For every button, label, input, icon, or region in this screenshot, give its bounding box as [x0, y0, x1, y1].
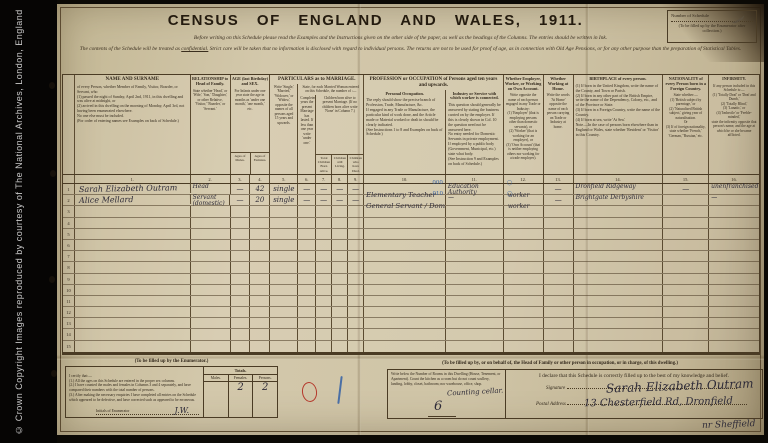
cell-relationship: Head: [191, 184, 231, 194]
cell-children-died: [348, 218, 364, 228]
cell-children-total: [316, 251, 332, 261]
row-number-column-header: [63, 75, 75, 174]
table-row: 14: [63, 329, 759, 340]
cell-children-living: [332, 341, 348, 352]
totals-females-value: 2: [229, 382, 254, 417]
cell-relationship: [191, 218, 231, 228]
table-body: 1 Sarah Elizabeth Outram Head — 42 singl…: [63, 184, 759, 354]
cell-employment: [504, 274, 544, 284]
cell-employment: [504, 218, 544, 228]
cell-relationship: [191, 206, 231, 216]
age-title: AGE (last Birthday) and SEX.: [231, 75, 270, 88]
children-subcolumns: Total Children Born Alive. Children stil…: [316, 154, 363, 174]
signature-line: Signature Sarah Elizabeth Outram: [546, 386, 752, 391]
cell-birthplace: Dronfield Ridgeway: [574, 184, 664, 194]
age-column-header: AGE (last Birthday) and SEX. For Infants…: [231, 75, 271, 174]
column-number: 1.: [75, 175, 191, 183]
red-circle-annotation: [301, 381, 319, 403]
cell-children-living: [332, 218, 348, 228]
cell-industry: [446, 274, 504, 284]
table-row: 10: [63, 285, 759, 296]
cell-infirmity: [709, 251, 759, 261]
cell-children-died: [348, 240, 364, 250]
personal-occupation-header: Personal Occupation. The reply should sh…: [364, 90, 446, 175]
cell-marriage: [270, 296, 298, 306]
cell-industry: [446, 262, 504, 272]
cell-nationality: [663, 218, 709, 228]
cell-occupation: [364, 341, 446, 352]
enumerator-certify-text: I certify that:— (1.) All the ages on th…: [66, 367, 204, 417]
cell-employment: [504, 296, 544, 306]
cell-nationality: [663, 262, 709, 272]
cell-birthplace: [574, 240, 664, 250]
cell-children-living: [332, 307, 348, 317]
copyright-strip: © Crown Copyright Images reproduced by c…: [0, 0, 57, 443]
infirmity-title: INFIRMITY.: [709, 75, 759, 83]
cell-children-total: [316, 218, 332, 228]
cell-infirmity: [709, 240, 759, 250]
cell-children-total: —: [316, 195, 332, 205]
table-row: 15: [63, 341, 759, 352]
postal-address-rule: 13 Chesterfield Rd, Dronfield: [567, 404, 747, 405]
cell-birthplace: [574, 251, 664, 261]
instruction-suffix: Strict care will be taken that no inform…: [208, 46, 741, 52]
cell-name: [75, 341, 191, 352]
cell-industry: [446, 251, 504, 261]
cell-employment: [504, 307, 544, 317]
enumerator-box: I certify that:— (1.) All the ages on th…: [65, 366, 278, 418]
cell-name: Alice Mellard: [75, 194, 191, 206]
column-number: 4.: [250, 175, 270, 183]
at-home-title: Whether Working at Home.: [544, 75, 573, 92]
age-subcolumns: Ages of Males. Ages of Females.: [231, 152, 270, 174]
census-table: NAME AND SURNAME of every Person, whethe…: [62, 74, 760, 355]
cell-marriage-years: [298, 341, 316, 352]
cell-industry: [446, 285, 504, 295]
enumerator-box-title: (To be filled up by the Enumerator.): [65, 359, 278, 364]
table-row: 4: [63, 218, 759, 229]
column-number: 8.: [332, 175, 348, 183]
infirmity-desc: If any person included in this Schedule …: [709, 83, 759, 174]
cell-marriage-years: —: [298, 184, 316, 194]
table-row: 5: [63, 229, 759, 240]
totals-males-header: Males.: [204, 375, 229, 381]
punch-hole: [49, 82, 55, 89]
cell-name: [75, 318, 191, 328]
clerk-mark-annotation: ◯: [507, 191, 513, 197]
clerk-code-annotation: 010: [433, 191, 444, 197]
cell-children-total: [316, 296, 332, 306]
table-row: 9: [63, 274, 759, 285]
column-number: 3.: [231, 175, 251, 183]
cell-employment: [504, 329, 544, 339]
signature-handwriting: Sarah Elizabeth Outram: [606, 376, 754, 395]
punch-hole: [51, 370, 57, 377]
industry-desc: This question should generally be answer…: [446, 102, 503, 174]
cell-children-died: [348, 285, 364, 295]
cell-occupation: [364, 240, 446, 250]
initials-label: Initials of Enumerator: [96, 409, 130, 413]
relationship-column-header: RELATIONSHIP to Head of Family. State wh…: [191, 75, 231, 174]
cell-name: [75, 240, 191, 250]
row-number: 4: [63, 218, 75, 228]
name-desc: of every Person, whether Member of Famil…: [75, 84, 190, 174]
cell-marriage: [270, 262, 298, 272]
postal-address-handwriting-line2: nr Sheffield: [702, 419, 756, 431]
cell-age-female: 42: [250, 184, 270, 194]
row-number: 3: [63, 206, 75, 216]
cell-infirmity: [709, 274, 759, 284]
totals-females-header: Females.: [229, 375, 254, 381]
cell-relationship: [191, 229, 231, 239]
cell-at-home: [544, 218, 574, 228]
page-title: CENSUS OF ENGLAND AND WALES, 1911.: [57, 12, 694, 29]
cell-age-male: [231, 341, 251, 352]
cell-employment: [504, 341, 544, 352]
cell-age-female: [250, 341, 270, 352]
cell-industry: —: [446, 195, 504, 205]
cell-nationality: [663, 329, 709, 339]
instruction-confidential: confidential.: [181, 46, 208, 52]
table-row: 8: [63, 262, 759, 273]
cell-nationality: [663, 318, 709, 328]
column-number: 11.: [446, 175, 504, 183]
cell-occupation: [364, 307, 446, 317]
totals-title: Totals.: [204, 367, 277, 375]
declaration-area: I declare that this Schedule is correctl…: [506, 370, 762, 418]
signature-label: Signature: [546, 386, 565, 391]
cell-age-male: [231, 240, 251, 250]
cell-children-living: [332, 206, 348, 216]
row-number: 10: [63, 285, 75, 295]
cell-age-male: [231, 229, 251, 239]
cell-children-living: [332, 274, 348, 284]
personal-occupation-desc: The reply should show the precise branch…: [364, 97, 445, 174]
column-number: 13.: [544, 175, 574, 183]
cell-nationality: [663, 307, 709, 317]
cell-children-died: [348, 318, 364, 328]
cell-name: [75, 206, 191, 216]
cell-age-male: —: [231, 184, 251, 194]
occupation-text: Elementary Teacher: [364, 191, 436, 199]
cell-employment: [504, 251, 544, 261]
cell-age-male: [231, 274, 251, 284]
nationality-title: NATIONALITY of every Person born in a Fo…: [663, 75, 708, 92]
cell-marriage-years: [298, 274, 316, 284]
cell-industry: [446, 240, 504, 250]
cell-at-home: [544, 274, 574, 284]
industry-header: Industry or Service with which worker is…: [446, 90, 503, 175]
cell-children-living: —: [332, 184, 348, 194]
postal-address-label: Postal Address: [536, 402, 566, 407]
cell-children-living: [332, 240, 348, 250]
certify-text: I certify that:— (1.) All the ages on th…: [69, 374, 196, 402]
cell-marriage-years: [298, 206, 316, 216]
cell-children-total: [316, 262, 332, 272]
at-home-desc: Write the words 'At Home' opposite the n…: [544, 92, 573, 174]
birthplace-desc: (1) If born in the United Kingdom, write…: [574, 83, 663, 174]
married-women-desc: State, for each Married Woman entered on…: [298, 84, 363, 95]
cell-marriage-years: [298, 329, 316, 339]
table-row: 13: [63, 318, 759, 329]
occupation-text: General Servant / Dom: [364, 202, 445, 210]
cell-industry: [446, 229, 504, 239]
row-number: 1: [63, 184, 75, 194]
column-number: 16.: [709, 175, 759, 183]
row-number: 15: [63, 341, 75, 352]
ages-of-males-header: Ages of Males.: [231, 153, 251, 174]
cell-employment: ◯worker: [504, 195, 544, 205]
cell-relationship: [191, 341, 231, 352]
instruction-prefix: The contents of the Schedule will be tre…: [80, 46, 181, 52]
row-number: 14: [63, 329, 75, 339]
cell-age-male: [231, 262, 251, 272]
cell-children-living: [332, 251, 348, 261]
cell-children-died: [348, 229, 364, 239]
cell-occupation: [364, 285, 446, 295]
cell-industry: [446, 318, 504, 328]
cell-age-female: 20: [250, 195, 270, 205]
cell-birthplace: Brightgate Derbyshire: [574, 195, 664, 205]
at-home-column-header: Whether Working at Home. Write the words…: [544, 75, 574, 174]
cell-nationality: [663, 229, 709, 239]
cell-at-home: [544, 296, 574, 306]
cell-nationality: [663, 195, 709, 205]
cell-marriage: [270, 307, 298, 317]
punch-hole: [49, 276, 55, 283]
cell-age-female: [250, 229, 270, 239]
cell-at-home: [544, 307, 574, 317]
cell-children-total: [316, 285, 332, 295]
cell-nationality: [663, 341, 709, 352]
industry-title: Industry or Service with which worker is…: [446, 90, 503, 103]
cell-age-male: [231, 206, 251, 216]
name-column-header: NAME AND SURNAME of every Person, whethe…: [75, 75, 191, 174]
cell-nationality: [663, 240, 709, 250]
schedule-number-note: (To be filled up by the Enumerator after…: [671, 23, 753, 34]
cell-infirmity: [709, 341, 759, 352]
employment-column-header: Whether Employer, Worker, or Working on …: [504, 75, 544, 174]
column-number: 6.: [298, 175, 316, 183]
cell-infirmity: [709, 262, 759, 272]
cell-marriage-years: [298, 240, 316, 250]
column-number: 2.: [191, 175, 231, 183]
cell-birthplace: [574, 285, 664, 295]
cell-children-living: [332, 285, 348, 295]
cell-relationship: Servant (domestic): [191, 195, 231, 205]
cell-marriage-years: [298, 285, 316, 295]
column-number: 14.: [574, 175, 664, 183]
cell-marriage-years: —: [298, 195, 316, 205]
cell-children-total: [316, 329, 332, 339]
cell-employment: [504, 285, 544, 295]
column-number: 5.: [270, 175, 298, 183]
cell-relationship: [191, 262, 231, 272]
cell-children-living: [332, 296, 348, 306]
rooms-instructions: Write below the Number of Rooms in this …: [391, 372, 500, 386]
cell-infirmity: —: [709, 195, 759, 205]
cell-marriage: [270, 329, 298, 339]
cell-name: [75, 262, 191, 272]
postal-address-line: Postal Address 13 Chesterfield Rd, Dronf…: [536, 402, 752, 407]
cell-age-male: [231, 329, 251, 339]
cell-age-male: —: [230, 195, 250, 205]
cell-relationship: [191, 274, 231, 284]
cell-children-total: [316, 341, 332, 352]
blue-tick-annotation: [337, 376, 342, 404]
cell-age-male: [231, 285, 251, 295]
cell-children-died: [348, 251, 364, 261]
table-row: 6: [63, 240, 759, 251]
cell-industry: Education Authority: [446, 184, 504, 194]
punch-hole: [50, 170, 56, 177]
cell-at-home: [544, 262, 574, 272]
cell-birthplace: [574, 262, 664, 272]
cell-at-home: [544, 285, 574, 295]
cell-marriage-years: [298, 262, 316, 272]
column-number: [63, 175, 75, 183]
cell-nationality: [663, 285, 709, 295]
cell-relationship: [191, 296, 231, 306]
archive-photo-frame: © Crown Copyright Images reproduced by c…: [0, 0, 768, 443]
marriage-title: PARTICULARS as to MARRIAGE.: [270, 75, 363, 84]
cell-name: [75, 251, 191, 261]
cell-age-female: [250, 206, 270, 216]
cell-industry: [446, 329, 504, 339]
cell-name: [75, 296, 191, 306]
cell-occupation: [364, 329, 446, 339]
cell-marriage: [270, 218, 298, 228]
cell-marriage: [270, 285, 298, 295]
cell-relationship: [191, 285, 231, 295]
cell-relationship: [191, 329, 231, 339]
household-box: Write below the Number of Rooms in this …: [387, 369, 763, 419]
cell-occupation: [364, 251, 446, 261]
cell-age-male: [231, 296, 251, 306]
cell-nationality: [663, 296, 709, 306]
cell-infirmity: [709, 307, 759, 317]
cell-children-died: —: [348, 195, 364, 205]
cell-infirmity: [709, 218, 759, 228]
cell-name: [75, 329, 191, 339]
cell-relationship: [191, 251, 231, 261]
cell-birthplace: [574, 296, 664, 306]
cell-marriage: [270, 251, 298, 261]
cell-relationship: [191, 307, 231, 317]
cell-children-total: —: [316, 184, 332, 194]
cell-infirmity: [709, 318, 759, 328]
rooms-count-handwriting: 6: [428, 399, 456, 417]
instruction-line-1: Before writing on this Schedule please r…: [117, 35, 684, 41]
column-number: 15.: [663, 175, 709, 183]
cell-at-home: [544, 251, 574, 261]
cell-age-male: [231, 318, 251, 328]
cell-birthplace: [574, 206, 664, 216]
cell-infirmity: [709, 329, 759, 339]
cell-birthplace: [574, 218, 664, 228]
enumerator-initials-handwriting: J.W.: [175, 406, 190, 416]
marriage-column-group-header: PARTICULARS as to MARRIAGE. Write 'Singl…: [270, 75, 364, 174]
cell-children-died: [348, 274, 364, 284]
cell-children-died: [348, 307, 364, 317]
cell-age-female: [250, 240, 270, 250]
cell-children-living: [332, 229, 348, 239]
table-row: 11: [63, 296, 759, 307]
cell-employment: [504, 262, 544, 272]
cell-nationality: [663, 274, 709, 284]
cell-marriage: single: [270, 195, 298, 205]
cell-age-female: [250, 318, 270, 328]
cell-marriage: [270, 240, 298, 250]
cell-children-total: [316, 307, 332, 317]
cell-marriage: [270, 206, 298, 216]
cell-relationship: [191, 240, 231, 250]
cell-children-living: [332, 262, 348, 272]
cell-occupation: [364, 262, 446, 272]
cell-industry: [446, 296, 504, 306]
cell-marriage-years: [298, 251, 316, 261]
children-died-header: Children who have Died.: [348, 155, 363, 174]
totals-persons-value: 2: [253, 382, 277, 417]
cell-industry: [446, 341, 504, 352]
ages-of-females-header: Ages of Females.: [251, 153, 270, 174]
marriage-years-desc: Completed years the present Marriage has…: [298, 95, 316, 174]
cell-marriage-years: [298, 296, 316, 306]
cell-infirmity: unenfranchised: [709, 184, 759, 194]
infirmity-column-header: INFIRMITY. If any person included in thi…: [709, 75, 759, 174]
row-number: 5: [63, 229, 75, 239]
cell-employment: [504, 240, 544, 250]
cell-children-living: [332, 318, 348, 328]
totals-persons-header: Persons.: [253, 375, 277, 381]
children-total-header: Total Children Born Alive.: [316, 155, 332, 174]
cell-infirmity: [709, 206, 759, 216]
marriage-status-desc: Write 'Single,' 'Married,' 'Widower,' or…: [270, 84, 298, 174]
cell-children-died: [348, 296, 364, 306]
cell-age-female: [250, 251, 270, 261]
cell-name: [75, 307, 191, 317]
cell-at-home: —: [544, 195, 574, 205]
cell-children-died: [348, 262, 364, 272]
cell-at-home: [544, 206, 574, 216]
table-header: NAME AND SURNAME of every Person, whethe…: [63, 75, 759, 175]
cell-marriage: single: [270, 184, 298, 194]
cell-age-female: [250, 296, 270, 306]
cell-age-female: [250, 285, 270, 295]
cell-children-total: [316, 206, 332, 216]
cell-marriage-years: [298, 307, 316, 317]
cell-age-female: [250, 274, 270, 284]
cell-marriage-years: [298, 229, 316, 239]
birthplace-column-header: BIRTHPLACE of every person. (1) If born …: [574, 75, 664, 174]
cell-occupation: [364, 218, 446, 228]
cell-age-female: [250, 307, 270, 317]
cell-employment: [504, 229, 544, 239]
name-title: NAME AND SURNAME: [75, 75, 190, 84]
age-desc: For Infants under one year state the age…: [231, 88, 270, 152]
row-number: 7: [63, 251, 75, 261]
cell-marriage: [270, 341, 298, 352]
nationality-column-header: NATIONALITY of every Person born in a Fo…: [663, 75, 709, 174]
totals-males-value: [204, 382, 229, 417]
cell-birthplace: [574, 307, 664, 317]
cell-infirmity: [709, 296, 759, 306]
cell-occupation: [364, 318, 446, 328]
cell-children-died: —: [348, 184, 364, 194]
row-number: 13: [63, 318, 75, 328]
cell-children-living: [332, 329, 348, 339]
relationship-desc: State whether 'Head,' or 'Wife,' 'Son,' …: [191, 88, 230, 174]
